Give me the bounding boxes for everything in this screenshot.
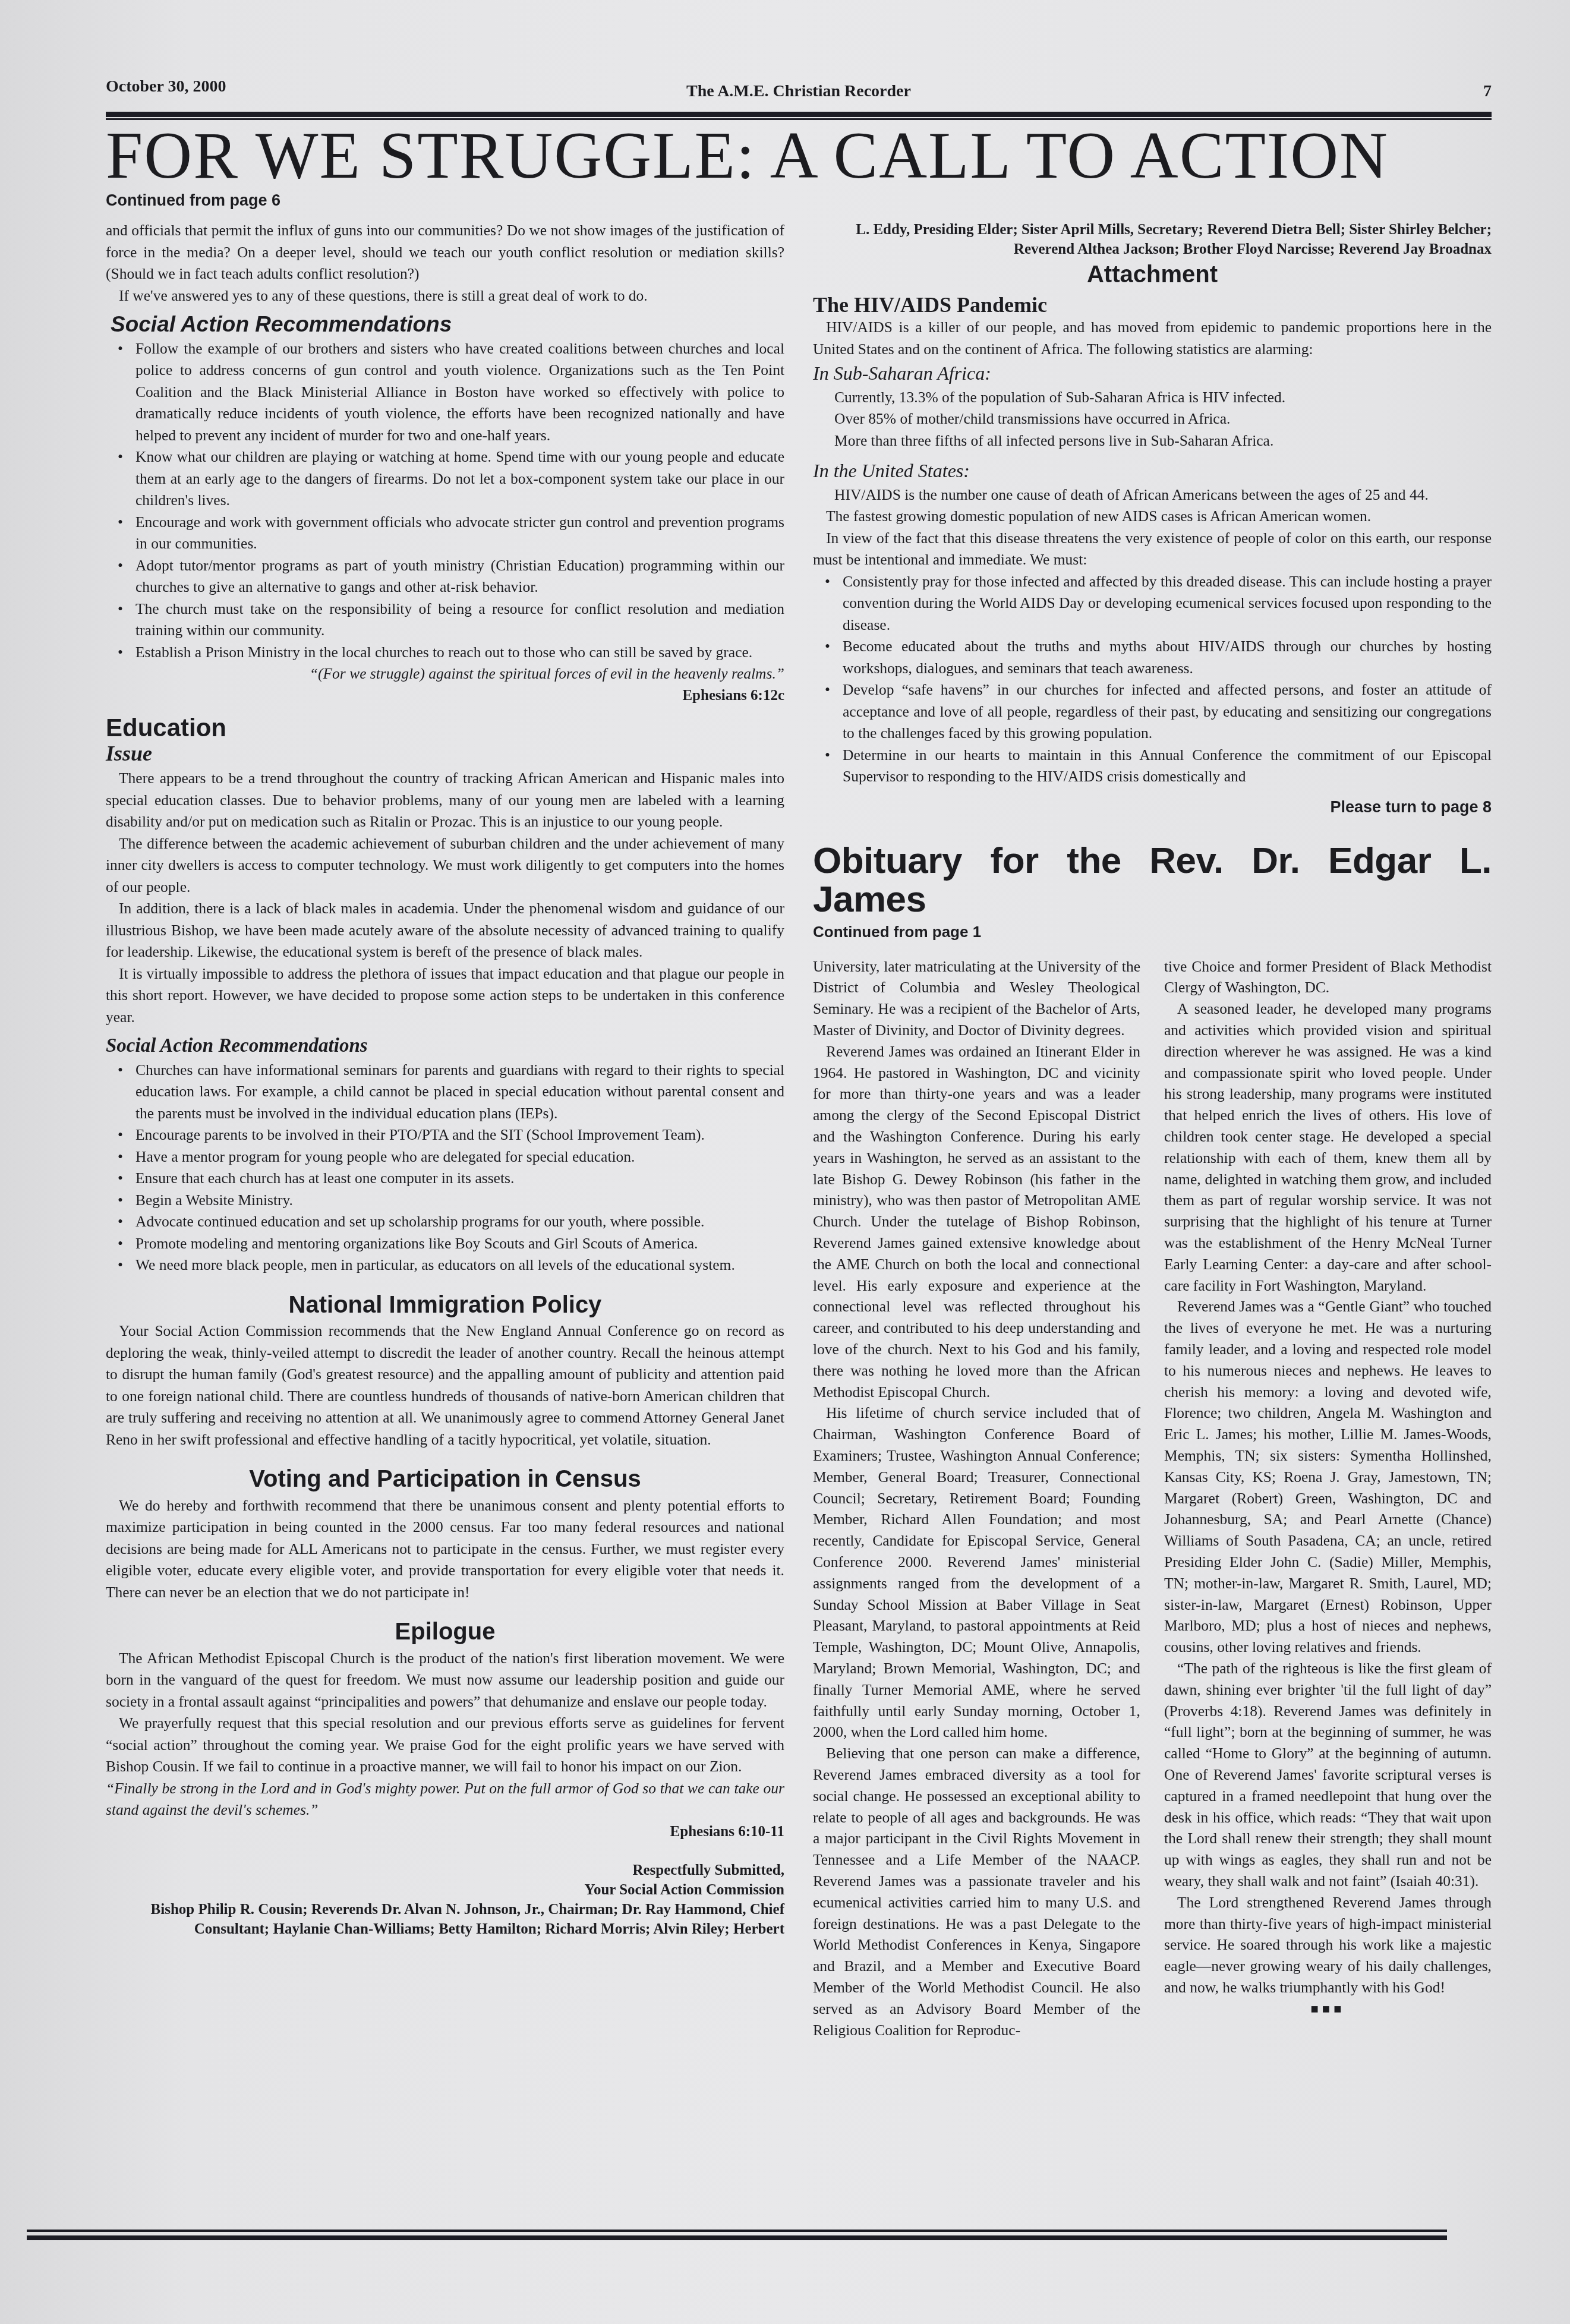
paragraph: It is virtually impossible to address th…	[106, 963, 784, 1029]
paragraph: Your Social Action Commission recommends…	[106, 1320, 784, 1450]
obituary-column-1: University, later matriculating at the U…	[813, 956, 1140, 2041]
list-item: Establish a Prison Ministry in the local…	[135, 642, 784, 664]
subheading: Social Action Recommendations	[106, 1035, 784, 1057]
paragraph: There appears to be a trend throughout t…	[106, 768, 784, 833]
running-header: October 30, 2000 The A.M.E. Christian Re…	[106, 71, 1492, 107]
paragraph: We do hereby and forthwith recommend tha…	[106, 1495, 784, 1604]
paragraph: In addition, there is a lack of black ma…	[106, 898, 784, 963]
list-item: Consistently pray for those infected and…	[843, 571, 1492, 636]
list-item: We need more black people, men in partic…	[135, 1254, 784, 1276]
closing-line: Respectfully Submitted,	[106, 1861, 784, 1880]
section-heading: Epilogue	[106, 1621, 784, 1643]
list-item: Know what our children are playing or wa…	[135, 446, 784, 512]
paragraph: Believing that one person can make a dif…	[813, 1743, 1140, 2041]
obituary-body: University, later matriculating at the U…	[813, 956, 1492, 2041]
section-heading: National Immigration Policy	[106, 1294, 784, 1316]
jump-line: Please turn to page 8	[813, 796, 1492, 818]
continued-from-label: Continued from page 6	[106, 191, 1492, 210]
scripture-citation: Ephesians 6:10-11	[106, 1821, 784, 1843]
signers-list: L. Eddy, Presiding Elder; Sister April M…	[813, 220, 1492, 259]
section-heading: Voting and Participation in Census	[106, 1468, 784, 1490]
obituary-column-2: tive Choice and former President of Blac…	[1164, 956, 1492, 2041]
statistic: HIV/AIDS is the number one cause of deat…	[813, 484, 1492, 506]
continued-from-label: Continued from page 1	[813, 921, 1492, 943]
paragraph: HIV/AIDS is a killer of our people, and …	[813, 317, 1492, 360]
intro-paragraph: and officials that permit the influx of …	[106, 220, 784, 285]
section-heading: Education	[106, 717, 784, 739]
paragraph: The difference between the academic achi…	[106, 833, 784, 898]
page-number: 7	[1483, 82, 1492, 101]
intro-paragraph: If we've answered yes to any of these qu…	[106, 285, 784, 307]
list-item: Adopt tutor/mentor programs as part of y…	[135, 555, 784, 598]
paragraph: The Lord strengthened Reverend James thr…	[1164, 1892, 1492, 1998]
list-item: Churches can have informational seminars…	[135, 1059, 784, 1125]
list-item: Develop “safe havens” in our churches fo…	[843, 679, 1492, 745]
list-item: Encourage parents to be involved in thei…	[135, 1124, 784, 1146]
paragraph: tive Choice and former President of Blac…	[1164, 956, 1492, 999]
obituary-headline: Obituary for the Rev. Dr. Edgar L. James	[813, 841, 1492, 919]
list-item: Encourage and work with government offic…	[135, 512, 784, 555]
paragraph: In view of the fact that this disease th…	[813, 528, 1492, 571]
list-item: Advocate continued education and set up …	[135, 1211, 784, 1233]
recommendation-list: Follow the example of our brothers and s…	[106, 338, 784, 664]
statistic: More than three fifths of all infected p…	[813, 430, 1492, 452]
paragraph: The fastest growing domestic population …	[813, 506, 1492, 528]
list-item: Become educated about the truths and myt…	[843, 636, 1492, 679]
closing-line: Your Social Action Commission	[106, 1880, 784, 1900]
paragraph: “The path of the righteous is like the f…	[1164, 1658, 1492, 1892]
subheading: In Sub-Saharan Africa:	[813, 362, 1492, 384]
section-heading: Social Action Recommendations	[111, 314, 784, 336]
left-column: and officials that permit the influx of …	[106, 220, 784, 1939]
attachment-title: The HIV/AIDS Pandemic	[813, 294, 1492, 316]
paragraph: Reverend James was ordained an Itinerant…	[813, 1041, 1140, 1403]
paragraph: The African Methodist Episcopal Church i…	[106, 1648, 784, 1713]
scripture-quote: “Finally be strong in the Lord and in Go…	[106, 1778, 784, 1821]
footer-rule	[27, 2230, 1447, 2240]
right-column: L. Eddy, Presiding Elder; Sister April M…	[813, 220, 1492, 2041]
list-item: Begin a Website Ministry.	[135, 1190, 784, 1212]
article-headline: FOR WE STRUGGLE: A CALL TO ACTION	[106, 122, 1492, 189]
paragraph: University, later matriculating at the U…	[813, 956, 1140, 1041]
action-list: Consistently pray for those infected and…	[813, 571, 1492, 788]
paragraph: His lifetime of church service included …	[813, 1402, 1140, 1743]
list-item: Follow the example of our brothers and s…	[135, 338, 784, 447]
statistic: Currently, 13.3% of the population of Su…	[813, 387, 1492, 409]
newspaper-page: October 30, 2000 The A.M.E. Christian Re…	[106, 71, 1492, 210]
statistic: Over 85% of mother/child transmissions h…	[813, 408, 1492, 430]
paragraph: A seasoned leader, he developed many pro…	[1164, 998, 1492, 1296]
attachment-heading: Attachment	[813, 264, 1492, 286]
paragraph: We prayerfully request that this special…	[106, 1713, 784, 1778]
list-item: Have a mentor program for young people w…	[135, 1146, 784, 1168]
list-item: Promote modeling and mentoring organizat…	[135, 1233, 784, 1255]
recommendation-list: Churches can have informational seminars…	[106, 1059, 784, 1276]
signers-list: Bishop Philip R. Cousin; Reverends Dr. A…	[106, 1900, 784, 1939]
scripture-quote: “(For we struggle) against the spiritual…	[106, 663, 784, 685]
scripture-citation: Ephesians 6:12c	[106, 685, 784, 707]
subheading: In the United States:	[813, 460, 1492, 482]
subheading: Issue	[106, 743, 784, 765]
list-item: The church must take on the responsibili…	[135, 598, 784, 642]
paragraph: Reverend James was a “Gentle Giant” who …	[1164, 1296, 1492, 1658]
list-item: Ensure that each church has at least one…	[135, 1168, 784, 1190]
list-item: Determine in our hearts to maintain in t…	[843, 745, 1492, 788]
publication-name: The A.M.E. Christian Recorder	[106, 82, 1492, 101]
end-of-story-icon: ■■■	[1164, 1998, 1492, 2020]
